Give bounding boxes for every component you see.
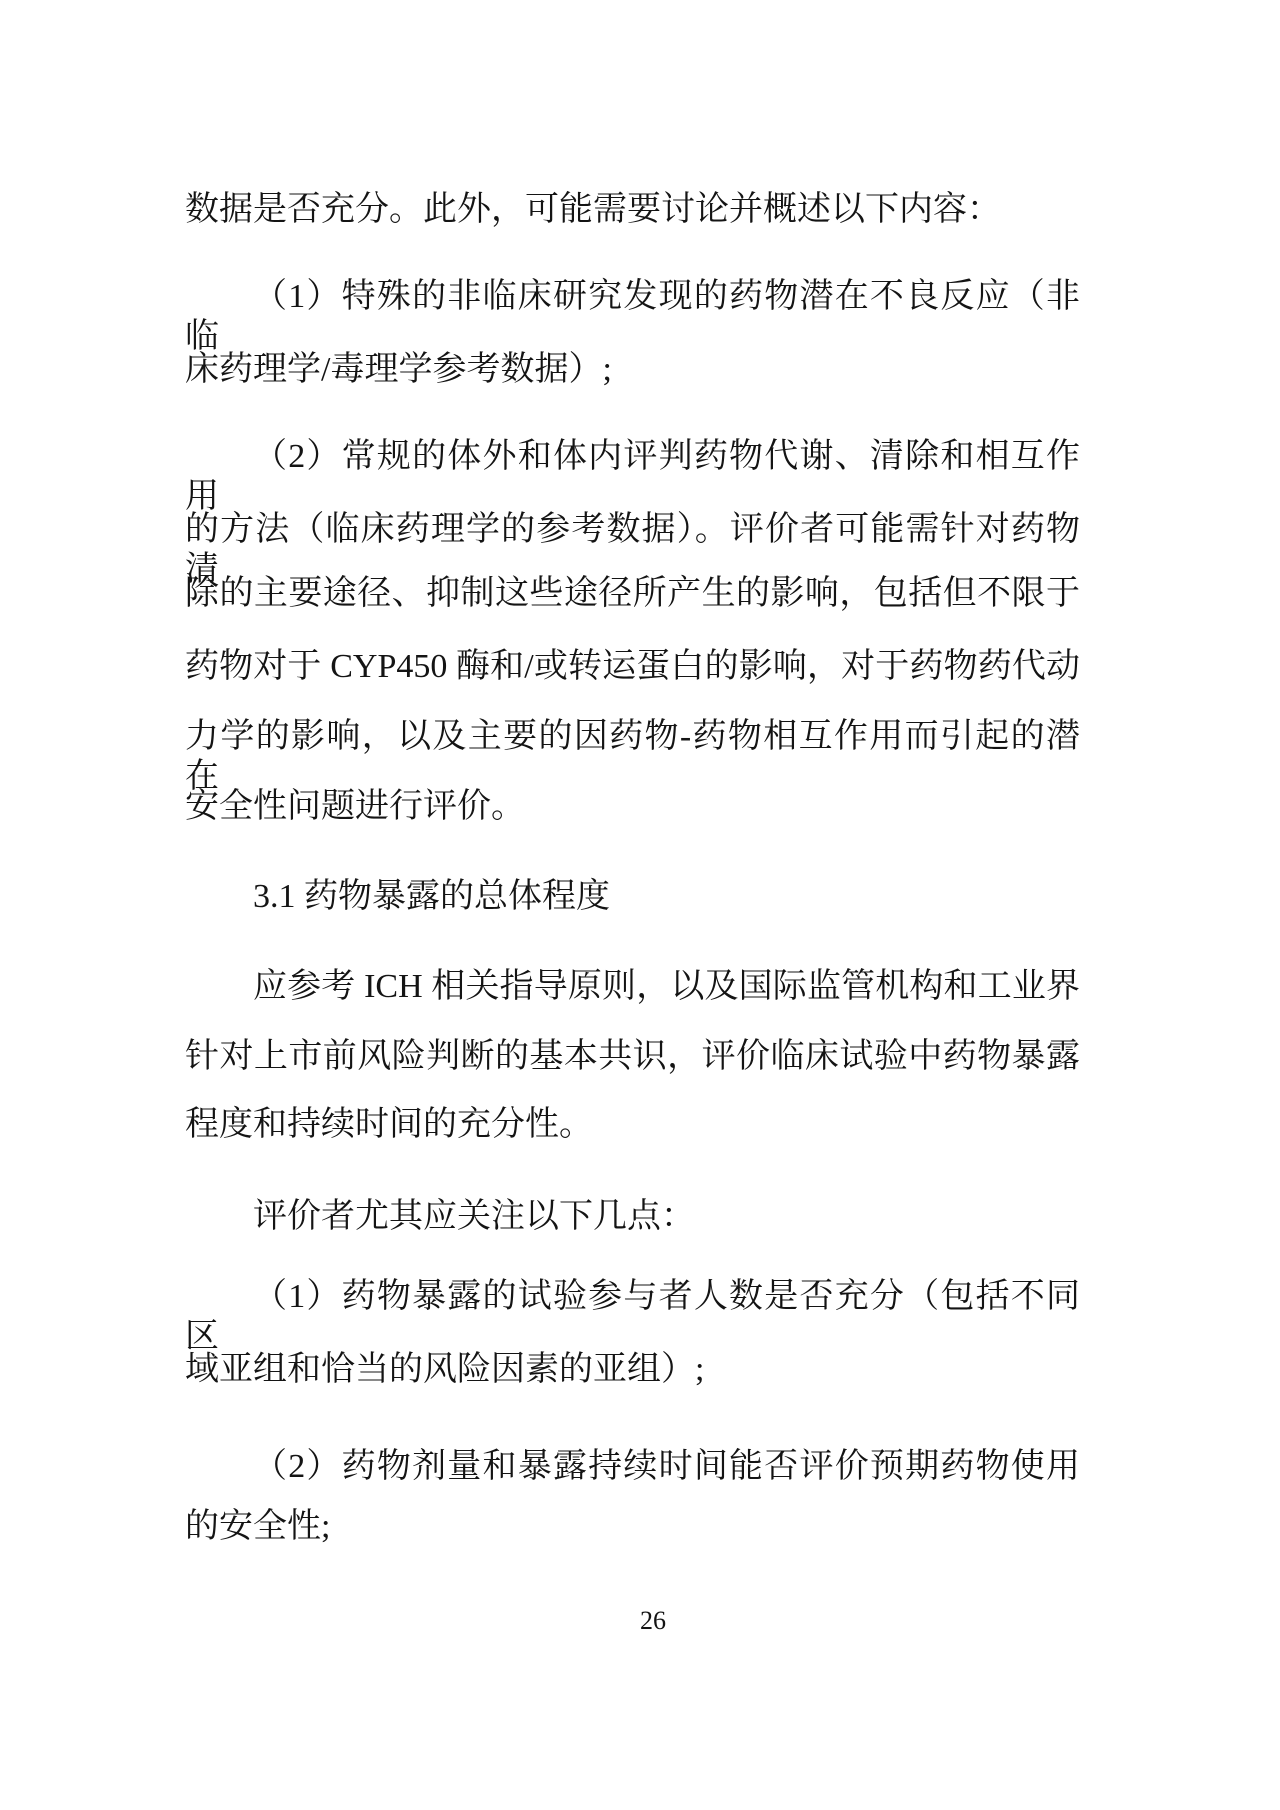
text-line: （2）药物剂量和暴露持续时间能否评价预期药物使用 <box>185 1447 1080 1487</box>
text-line: 评价者尤其应关注以下几点： <box>185 1197 1080 1237</box>
text-line: 程度和持续时间的充分性。 <box>185 1105 1080 1145</box>
text-line: 力学的影响，以及主要的因药物-药物相互作用而引起的潜在 <box>185 717 1080 797</box>
text-line: 安全性问题进行评价。 <box>185 787 1080 827</box>
text-line: 域亚组和恰当的风险因素的亚组）; <box>185 1350 1080 1390</box>
text-line: 除的主要途径、抑制这些途径所产生的影响，包括但不限于 <box>185 574 1080 614</box>
text-line: （1）药物暴露的试验参与者人数是否充分（包括不同区 <box>185 1277 1080 1357</box>
text-line: （1）特殊的非临床研究发现的药物潜在不良反应（非临 <box>185 277 1080 357</box>
text-line: （2）常规的体外和体内评判药物代谢、清除和相互作用 <box>185 437 1080 517</box>
text-line: 针对上市前风险判断的基本共识，评价临床试验中药物暴露 <box>185 1037 1080 1077</box>
text-line: 数据是否充分。此外，可能需要讨论并概述以下内容： <box>185 190 1080 230</box>
document-page: 数据是否充分。此外，可能需要讨论并概述以下内容： （1）特殊的非临床研究发现的药… <box>0 0 1280 1810</box>
text-line: 的安全性; <box>185 1507 1080 1547</box>
page-number: 26 <box>0 1604 1280 1638</box>
text-line: 药物对于 CYP450 酶和/或转运蛋白的影响，对于药物药代动 <box>185 647 1080 687</box>
text-line: 床药理学/毒理学参考数据）; <box>185 350 1080 390</box>
section-heading: 3.1 药物暴露的总体程度 <box>185 877 1080 917</box>
text-line: 应参考 ICH 相关指导原则，以及国际监管机构和工业界 <box>185 967 1080 1007</box>
